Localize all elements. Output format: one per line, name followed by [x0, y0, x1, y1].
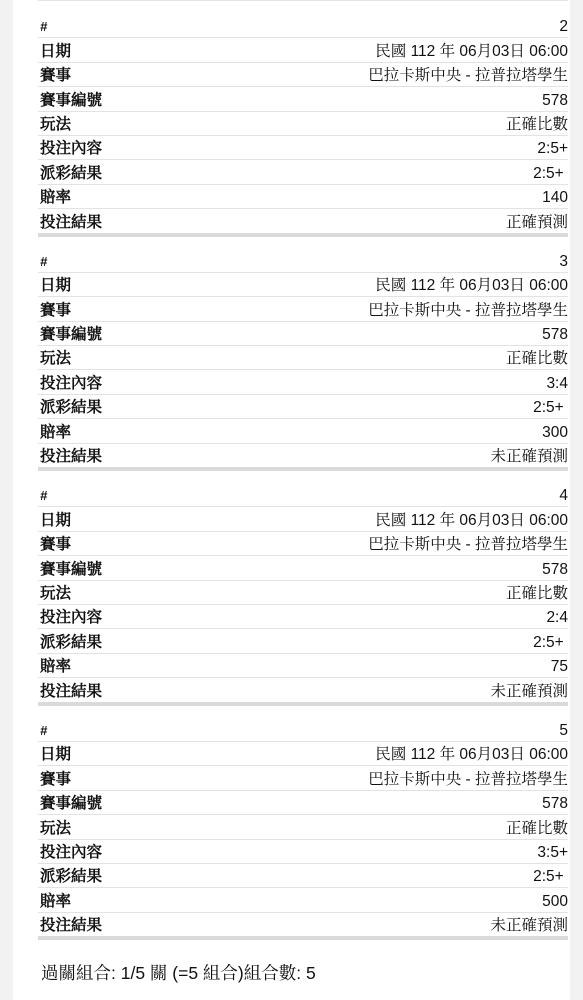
play-type-label: 玩法: [38, 115, 71, 135]
row-match: 賽事巴拉卡斯中央 - 拉普拉塔學生: [38, 766, 568, 790]
row-odds: 賠率75: [38, 654, 568, 678]
index-value: 3: [559, 252, 568, 272]
match-number-value: 578: [542, 794, 568, 814]
row-bet-result: 投注結果正確預測: [38, 209, 568, 232]
bet-block: #4日期民國 112 年 06月03日 06:00賽事巴拉卡斯中央 - 拉普拉塔…: [38, 483, 568, 706]
row-odds: 賠率140: [38, 185, 568, 209]
date-value: 民國 112 年 06月03日 06:00: [375, 276, 568, 296]
payout-result-value: 2:5+: [533, 633, 568, 653]
row-odds: 賠率300: [38, 419, 568, 443]
odds-label: 賠率: [38, 423, 71, 443]
row-play-type: 玩法正確比數: [38, 581, 568, 605]
row-bet-content: 投注內容2:4: [38, 605, 568, 629]
play-type-label: 玩法: [38, 584, 71, 604]
row-play-type: 玩法正確比數: [38, 346, 568, 370]
bet-content-value: 2:4: [546, 608, 568, 628]
row-match: 賽事巴拉卡斯中央 - 拉普拉塔學生: [38, 63, 568, 87]
parlay-summary: 過關組合: 1/5 關 (=5 組合)組合數: 5: [41, 960, 316, 985]
odds-label: 賠率: [38, 892, 71, 912]
match-label: 賽事: [38, 301, 71, 321]
row-index: #4: [38, 483, 568, 507]
date-value: 民國 112 年 06月03日 06:00: [375, 42, 568, 62]
match-value: 巴拉卡斯中央 - 拉普拉塔學生: [368, 770, 568, 790]
row-match-number: 賽事編號578: [38, 556, 568, 580]
row-bet-result: 投注結果未正確預測: [38, 678, 568, 701]
odds-label: 賠率: [38, 188, 71, 208]
bet-content-label: 投注內容: [38, 843, 102, 863]
payout-result-value: 2:5+: [533, 867, 568, 887]
date-label: 日期: [38, 745, 71, 765]
row-bet-content: 投注內容3:4: [38, 370, 568, 394]
bet-content-label: 投注內容: [38, 608, 102, 628]
match-number-value: 578: [542, 91, 568, 111]
row-index: #3: [38, 249, 568, 273]
index-label: #: [38, 486, 47, 506]
bet-result-value: 未正確預測: [490, 447, 568, 467]
bet-block: #5日期民國 112 年 06月03日 06:00賽事巴拉卡斯中央 - 拉普拉塔…: [38, 718, 568, 941]
match-label: 賽事: [38, 770, 71, 790]
bet-result-label: 投注結果: [38, 682, 102, 702]
bet-block: #2日期民國 112 年 06月03日 06:00賽事巴拉卡斯中央 - 拉普拉塔…: [38, 14, 568, 237]
match-value: 巴拉卡斯中央 - 拉普拉塔學生: [368, 66, 568, 86]
bet-content-value: 2:5+: [537, 139, 568, 159]
play-type-value: 正確比數: [506, 115, 568, 135]
block-separator: [38, 702, 568, 706]
match-number-label: 賽事編號: [38, 325, 102, 345]
divider: [38, 0, 568, 1]
row-payout-result: 派彩結果2:5+: [38, 864, 568, 888]
row-bet-content: 投注內容3:5+: [38, 840, 568, 864]
row-match-number: 賽事編號578: [38, 87, 568, 111]
bet-result-value: 未正確預測: [490, 682, 568, 702]
bet-content-value: 3:5+: [537, 843, 568, 863]
index-label: #: [38, 252, 47, 272]
row-match-number: 賽事編號578: [38, 791, 568, 815]
payout-result-label: 派彩結果: [38, 398, 102, 418]
row-payout-result: 派彩結果2:5+: [38, 395, 568, 419]
index-label: #: [38, 17, 47, 37]
date-label: 日期: [38, 42, 71, 62]
match-value: 巴拉卡斯中央 - 拉普拉塔學生: [368, 301, 568, 321]
row-date: 日期民國 112 年 06月03日 06:00: [38, 273, 568, 297]
match-label: 賽事: [38, 66, 71, 86]
row-play-type: 玩法正確比數: [38, 815, 568, 839]
row-match: 賽事巴拉卡斯中央 - 拉普拉塔學生: [38, 297, 568, 321]
play-type-value: 正確比數: [506, 819, 568, 839]
date-label: 日期: [38, 511, 71, 531]
odds-value: 500: [542, 892, 568, 912]
bet-result-label: 投注結果: [38, 447, 102, 467]
date-value: 民國 112 年 06月03日 06:00: [375, 745, 568, 765]
bet-result-value: 未正確預測: [490, 916, 568, 936]
payout-result-label: 派彩結果: [38, 867, 102, 887]
odds-value: 300: [542, 423, 568, 443]
bet-result-value: 正確預測: [506, 213, 568, 233]
block-separator: [38, 936, 568, 940]
payout-result-value: 2:5+: [533, 398, 568, 418]
play-type-label: 玩法: [38, 349, 71, 369]
match-number-value: 578: [542, 560, 568, 580]
row-odds: 賠率500: [38, 888, 568, 912]
block-separator: [38, 233, 568, 237]
payout-result-label: 派彩結果: [38, 633, 102, 653]
play-type-label: 玩法: [38, 819, 71, 839]
bet-content-label: 投注內容: [38, 374, 102, 394]
odds-label: 賠率: [38, 657, 71, 677]
match-value: 巴拉卡斯中央 - 拉普拉塔學生: [368, 535, 568, 555]
row-date: 日期民國 112 年 06月03日 06:00: [38, 507, 568, 531]
payout-result-label: 派彩結果: [38, 164, 102, 184]
row-index: #5: [38, 718, 568, 742]
index-value: 5: [559, 721, 568, 741]
match-number-label: 賽事編號: [38, 794, 102, 814]
match-number-value: 578: [542, 325, 568, 345]
row-bet-result: 投注結果未正確預測: [38, 913, 568, 936]
play-type-value: 正確比數: [506, 349, 568, 369]
odds-value: 140: [542, 188, 568, 208]
bet-block: #3日期民國 112 年 06月03日 06:00賽事巴拉卡斯中央 - 拉普拉塔…: [38, 249, 568, 472]
row-date: 日期民國 112 年 06月03日 06:00: [38, 38, 568, 62]
bet-content-value: 3:4: [546, 374, 568, 394]
bet-content-label: 投注內容: [38, 139, 102, 159]
match-number-label: 賽事編號: [38, 91, 102, 111]
bet-result-label: 投注結果: [38, 916, 102, 936]
row-match: 賽事巴拉卡斯中央 - 拉普拉塔學生: [38, 532, 568, 556]
block-separator: [38, 467, 568, 471]
row-bet-content: 投注內容2:5+: [38, 136, 568, 160]
row-index: #2: [38, 14, 568, 38]
row-payout-result: 派彩結果2:5+: [38, 629, 568, 653]
match-number-label: 賽事編號: [38, 560, 102, 580]
row-play-type: 玩法正確比數: [38, 112, 568, 136]
index-value: 4: [559, 486, 568, 506]
index-value: 2: [559, 17, 568, 37]
play-type-value: 正確比數: [506, 584, 568, 604]
odds-value: 75: [551, 657, 568, 677]
match-label: 賽事: [38, 535, 71, 555]
row-bet-result: 投注結果未正確預測: [38, 444, 568, 467]
row-match-number: 賽事編號578: [38, 322, 568, 346]
payout-result-value: 2:5+: [533, 164, 568, 184]
bet-detail-card: #2日期民國 112 年 06月03日 06:00賽事巴拉卡斯中央 - 拉普拉塔…: [13, 0, 570, 1000]
index-label: #: [38, 721, 47, 741]
row-payout-result: 派彩結果2:5+: [38, 160, 568, 184]
date-value: 民國 112 年 06月03日 06:00: [375, 511, 568, 531]
row-date: 日期民國 112 年 06月03日 06:00: [38, 742, 568, 766]
date-label: 日期: [38, 276, 71, 296]
bet-list: #2日期民國 112 年 06月03日 06:00賽事巴拉卡斯中央 - 拉普拉塔…: [38, 14, 568, 952]
bet-result-label: 投注結果: [38, 213, 102, 233]
